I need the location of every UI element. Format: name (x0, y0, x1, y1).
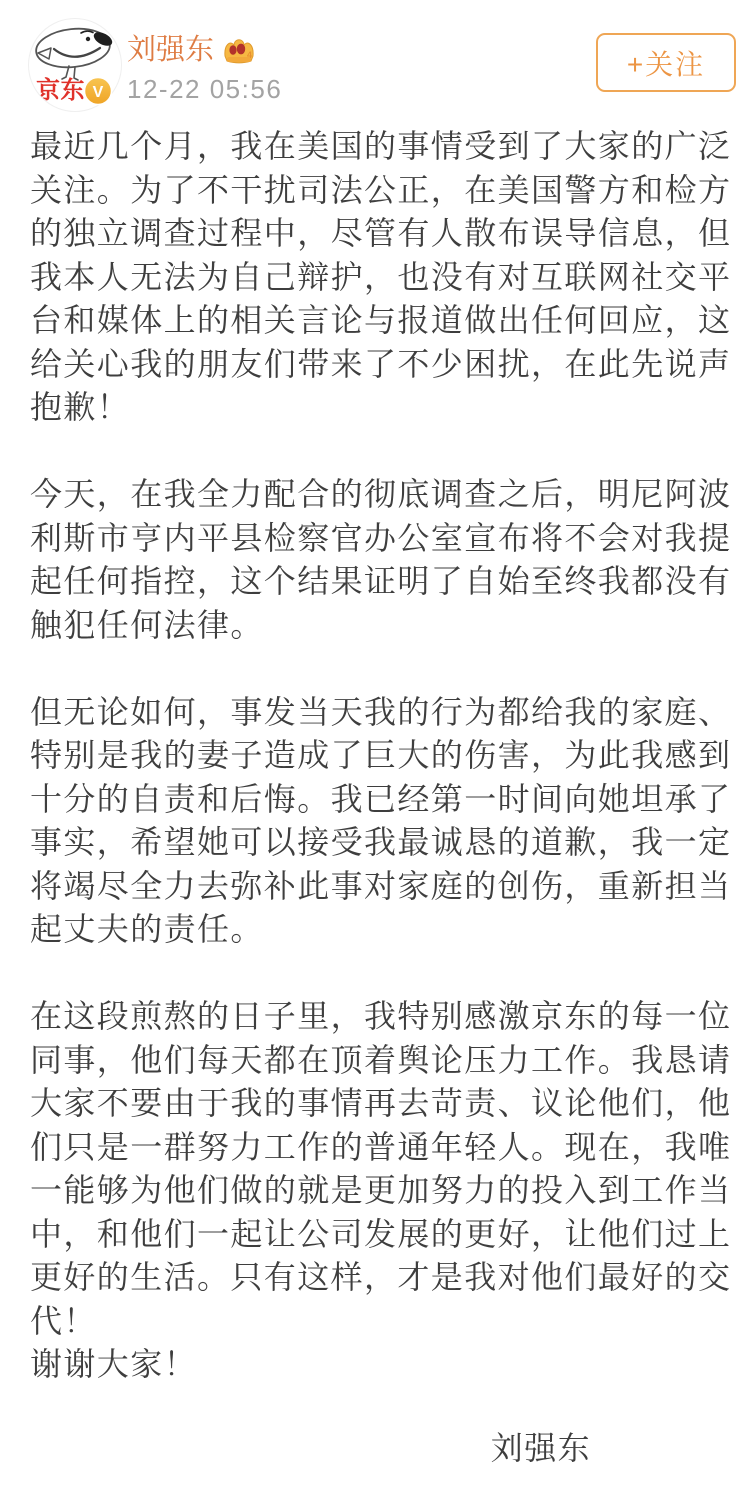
verified-badge-icon: V (85, 78, 112, 105)
post-signature: 刘强东 (30, 1427, 732, 1471)
vip-crown-icon: 4 (222, 35, 256, 65)
avatar[interactable]: 京东 V (28, 18, 122, 112)
username[interactable]: 刘强东 (127, 32, 214, 68)
post-paragraph: 但无论如何，事发当天我的行为都给我的家庭、特别是我的妻子造成了巨大的伤害，为此我… (30, 691, 732, 952)
post-paragraph: 今天，在我全力配合的彻底调查之后，明尼阿波利斯市亨内平县检察官办公室宣布将不会对… (30, 473, 732, 647)
user-meta: 刘强东 4 12-22 05:56 (127, 32, 282, 105)
svg-text:4: 4 (247, 50, 252, 60)
post-paragraph: 最近几个月，我在美国的事情受到了大家的广泛关注。为了不干扰司法公正，在美国警方和… (30, 125, 732, 430)
follow-button[interactable]: +关注 (596, 33, 736, 92)
timestamp: 12-22 05:56 (127, 74, 282, 105)
post-content: 最近几个月，我在美国的事情受到了大家的广泛关注。为了不干扰司法公正，在美国警方和… (0, 125, 742, 1470)
verified-label: V (93, 84, 104, 101)
weibo-post-card: 京东 V 刘强东 4 12-22 05: (0, 0, 742, 1493)
post-header: 京东 V 刘强东 4 12-22 05: (0, 0, 742, 112)
jd-brand-text: 京东 (36, 76, 85, 104)
jd-mascot-icon: 京东 V (28, 18, 122, 112)
post-closing: 谢谢大家！ (30, 1343, 732, 1387)
username-row: 刘强东 4 (127, 32, 282, 68)
post-paragraph: 在这段煎熬的日子里，我特别感激京东的每一位同事，他们每天都在顶着舆论压力工作。我… (30, 995, 732, 1343)
